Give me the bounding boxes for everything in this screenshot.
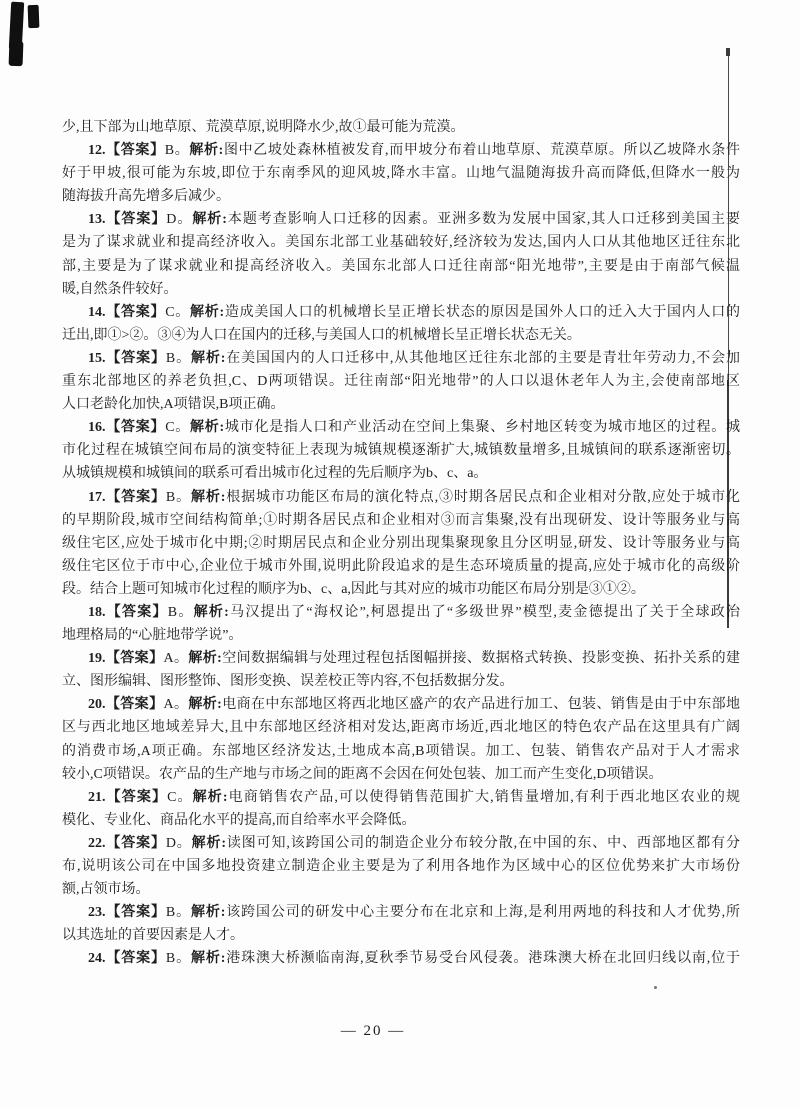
- jiexi-label: 解析:: [189, 143, 223, 158]
- answer-line: 以其选址的首要因素是人才。: [62, 924, 740, 947]
- answer-line: 12.【答案】B。解析:图中乙坡处森林植被发育,而甲坡分布着山地草原、荒漠草原。…: [62, 139, 740, 162]
- answer-letter: A。: [163, 697, 188, 712]
- ink-mark-3: [9, 41, 24, 66]
- answer-item-20: 20.【答案】A。解析:电商在中东部地区将西北地区盛产的农产品进行加工、包装、销…: [62, 693, 740, 785]
- answer-label: 19.【答案】: [88, 651, 163, 666]
- answer-label: 24.【答案】: [88, 951, 166, 966]
- jiexi-label: 解析:: [192, 212, 227, 227]
- answer-key-body: 少,且下部为山地草原、荒漠草原,说明降水少,故①最可能为荒漠。12.【答案】B。…: [62, 116, 740, 970]
- explanation-text: 城市化是指人口和产业活动在空间上集聚、乡村地区转变为城市地区的过程。城: [224, 420, 740, 435]
- answer-line: 区与西北地区地域差异大,且中东部地区经济相对发达,距离市场近,西北地区的特色农产…: [62, 716, 740, 739]
- answer-line: 段。结合上题可知城市化过程的顺序为b、c、a,因此与其对应的城市功能区布局分别是…: [62, 578, 740, 601]
- explanation-text: 港珠澳大桥濒临南海,夏秋季节易受台风侵袭。港珠澳大桥在北回归线以南,位于: [225, 951, 740, 966]
- answer-item-12: 12.【答案】B。解析:图中乙坡处森林植被发育,而甲坡分布着山地草原、荒漠草原。…: [62, 139, 740, 208]
- answer-label: 18.【答案】: [88, 605, 168, 620]
- answer-letter: B。: [166, 351, 191, 366]
- answer-line: 人口老龄化加快,A项错误,B项正确。: [62, 393, 740, 416]
- explanation-text: 在美国国内的人口迁移中,从其他地区迁往东北部的主要是青壮年劳动力,不会加: [225, 351, 740, 366]
- answer-line: 地理格局的“心脏地带学说”。: [62, 624, 740, 647]
- answer-item-17: 17.【答案】B。解析:根据城市功能区布局的演化特点,③时期各居民点和企业相对分…: [62, 486, 740, 601]
- answer-line: 20.【答案】A。解析:电商在中东部地区将西北地区盛产的农产品进行加工、包装、销…: [62, 693, 740, 716]
- jiexi-label: 解析:: [190, 305, 224, 320]
- answer-line: 布,说明该公司在中国多地投资建立制造企业主要是为了利用各地作为区域中心的区位优势…: [62, 855, 740, 878]
- explanation-text: 造成美国人口的机械增长呈正增长状态的原因是国外人口的迁入大于国内人口的: [224, 305, 740, 320]
- answer-label: 14.【答案】: [88, 305, 165, 320]
- explanation-text: 马汉提出了“海权论”,柯恩提出了“多级世界”模型,麦金德提出了关于全球政治: [229, 605, 740, 620]
- answer-line: 从城镇规模和城镇间的联系可看出城市化过程的先后顺序为b、c、a。: [62, 462, 740, 485]
- explanation-text: 电商销售农产品,可以使得销售范围扩大,销售量增加,有利于西北地区农业的规: [228, 790, 740, 805]
- answer-line: 的早期阶段,城市空间结构简单;①时期各居民点和企业相对③而言集聚,没有出现研发、…: [62, 509, 740, 532]
- jiexi-label: 解析:: [193, 790, 228, 805]
- answer-line: 级住宅区,应处于城市化中期;②时期居民点和企业分别出现集聚现象且分区明显,研发、…: [62, 532, 740, 555]
- answer-label: 20.【答案】: [88, 697, 163, 712]
- answer-letter: B。: [166, 905, 191, 920]
- jiexi-label: 解析:: [188, 697, 221, 712]
- jiexi-label: 解析:: [192, 836, 226, 851]
- answer-letter: B。: [165, 143, 190, 158]
- answer-line: 部,主要是为了谋求就业和提高经济收入。美国东北部人口迁往南部“阳光地带”,主要是…: [62, 255, 740, 278]
- explanation-text: 根据城市功能区布局的演化特点,③时期各居民点和企业相对分散,应处于城市化: [225, 490, 740, 505]
- page-edge-tick: [726, 48, 730, 56]
- answer-letter: B。: [166, 490, 191, 505]
- answer-line: 23.【答案】B。解析:该跨国公司的研发中心主要分布在北京和上海,是利用两地的科…: [62, 901, 740, 924]
- answer-letter: C。: [165, 305, 190, 320]
- answer-line: 暖,自然条件较好。: [62, 278, 740, 301]
- answer-label: 23.【答案】: [88, 905, 166, 920]
- explanation-text: 图中乙坡处森林植被发育,而甲坡分布着山地草原、荒漠草原。所以乙坡降水条件: [223, 143, 740, 158]
- answer-line: 是为了谋求就业和提高经济收入。美国东北部工业基础较好,经济较为发达,国内人口从其…: [62, 231, 740, 254]
- answer-line: 19.【答案】A。解析:空间数据编辑与处理过程包括图幅拼接、数据格式转换、投影变…: [62, 647, 740, 670]
- ink-mark-2: [28, 5, 40, 28]
- answer-line: 16.【答案】C。解析:城市化是指人口和产业活动在空间上集聚、乡村地区转变为城市…: [62, 416, 740, 439]
- answer-line: 重东北部地区的养老负担,C、D两项错误。迁往南部“阳光地带”的人口以退休老年人为…: [62, 370, 740, 393]
- scan-speck: [654, 986, 657, 989]
- answer-letter: C。: [167, 790, 193, 805]
- answer-letter: B。: [168, 605, 194, 620]
- answer-label: 17.【答案】: [88, 490, 166, 505]
- answer-item-23: 23.【答案】B。解析:该跨国公司的研发中心主要分布在北京和上海,是利用两地的科…: [62, 901, 740, 947]
- answer-letter: D。: [166, 212, 192, 227]
- page-number: — 20 —: [34, 1023, 712, 1040]
- answer-item-22: 22.【答案】D。解析:读图可知,该跨国公司的制造企业分布较分散,在中国的东、中…: [62, 832, 740, 901]
- jiexi-label: 解析:: [191, 951, 225, 966]
- answer-item-18: 18.【答案】B。解析:马汉提出了“海权论”,柯恩提出了“多级世界”模型,麦金德…: [62, 601, 740, 647]
- answer-line: 级住宅区位于市中心,企业位于城市外围,说明此阶段追求的是生态环境质量的提高,应处…: [62, 555, 740, 578]
- answer-line: 立、图形编辑、图形整饰、图形变换、误差校正等内容,不包括数据分发。: [62, 670, 740, 693]
- answer-item-19: 19.【答案】A。解析:空间数据编辑与处理过程包括图幅拼接、数据格式转换、投影变…: [62, 647, 740, 693]
- jiexi-label: 解析:: [188, 651, 221, 666]
- jiexi-label: 解析:: [191, 490, 225, 505]
- scanned-page: 少,且下部为山地草原、荒漠草原,说明降水少,故①最可能为荒漠。12.【答案】B。…: [0, 0, 800, 1108]
- jiexi-label: 解析:: [190, 420, 224, 435]
- explanation-text: 该跨国公司的研发中心主要分布在北京和上海,是利用两地的科技和人才优势,所: [225, 905, 740, 920]
- answer-line: 模化、专业化、商品化水平的提高,而自给率水平会降低。: [62, 809, 740, 832]
- explanation-text: 空间数据编辑与处理过程包括图幅拼接、数据格式转换、投影变换、拓扑关系的建: [222, 651, 740, 666]
- answer-line: 迁出,即①>②。③④为人口在国内的迁移,与美国人口的机械增长呈正增长状态无关。: [62, 324, 740, 347]
- explanation-text: 电商在中东部地区将西北地区盛产的农产品进行加工、包装、销售是由于中东部地: [222, 697, 740, 712]
- answer-label: 21.【答案】: [88, 790, 167, 805]
- answer-line: 好于甲坡,很可能为东坡,即位于东南季风的迎风坡,降水丰富。山地气温随海拔升高而降…: [62, 162, 740, 185]
- answer-letter: C。: [165, 420, 190, 435]
- answer-label: 15.【答案】: [88, 351, 166, 366]
- answer-line: 随海拔升高先增多后减少。: [62, 185, 740, 208]
- answer-line: 18.【答案】B。解析:马汉提出了“海权论”,柯恩提出了“多级世界”模型,麦金德…: [62, 601, 740, 624]
- answer-line: 22.【答案】D。解析:读图可知,该跨国公司的制造企业分布较分散,在中国的东、中…: [62, 832, 740, 855]
- answer-line: 21.【答案】C。解析:电商销售农产品,可以使得销售范围扩大,销售量增加,有利于…: [62, 786, 740, 809]
- answer-item-13: 13.【答案】D。解析:本题考查影响人口迁移的因素。亚洲多数为发展中国家,其人口…: [62, 208, 740, 300]
- answer-line: 15.【答案】B。解析:在美国国内的人口迁移中,从其他地区迁往东北部的主要是青壮…: [62, 347, 740, 370]
- answer-line: 的消费市场,A项正确。东部地区经济发达,土地成本高,B项错误。加工、包装、销售农…: [62, 740, 740, 763]
- answer-line: 17.【答案】B。解析:根据城市功能区布局的演化特点,③时期各居民点和企业相对分…: [62, 486, 740, 509]
- answer-letter: B。: [166, 951, 191, 966]
- answer-item-16: 16.【答案】C。解析:城市化是指人口和产业活动在空间上集聚、乡村地区转变为城市…: [62, 416, 740, 485]
- answer-item-24: 24.【答案】B。解析:港珠澳大桥濒临南海,夏秋季节易受台风侵袭。港珠澳大桥在北…: [62, 947, 740, 970]
- answer-line: 较小,C项错误。农产品的生产地与市场之间的距离不会因在何处包装、加工而产生变化,…: [62, 763, 740, 786]
- answer-item-14: 14.【答案】C。解析:造成美国人口的机械增长呈正增长状态的原因是国外人口的迁入…: [62, 301, 740, 347]
- answer-letter: D。: [166, 836, 192, 851]
- jiexi-label: 解析:: [191, 351, 225, 366]
- answer-item-15: 15.【答案】B。解析:在美国国内的人口迁移中,从其他地区迁往东北部的主要是青壮…: [62, 347, 740, 416]
- answer-label: 13.【答案】: [88, 212, 166, 227]
- jiexi-label: 解析:: [191, 905, 225, 920]
- answer-line: 24.【答案】B。解析:港珠澳大桥濒临南海,夏秋季节易受台风侵袭。港珠澳大桥在北…: [62, 947, 740, 970]
- jiexi-label: 解析:: [194, 605, 229, 620]
- answer-label: 22.【答案】: [88, 836, 166, 851]
- answer-label: 16.【答案】: [88, 420, 165, 435]
- answer-line: 市化过程在城镇空间布局的演变特征上表现为城镇规模逐渐扩大,城镇数量增多,且城镇间…: [62, 439, 740, 462]
- answer-letter: A。: [163, 651, 188, 666]
- answer-line: 14.【答案】C。解析:造成美国人口的机械增长呈正增长状态的原因是国外人口的迁入…: [62, 301, 740, 324]
- answer-item-21: 21.【答案】C。解析:电商销售农产品,可以使得销售范围扩大,销售量增加,有利于…: [62, 786, 740, 832]
- answer-line: 额,占领市场。: [62, 878, 740, 901]
- intro-line: 少,且下部为山地草原、荒漠草原,说明降水少,故①最可能为荒漠。: [62, 116, 740, 139]
- answer-label: 12.【答案】: [88, 143, 165, 158]
- explanation-text: 读图可知,该跨国公司的制造企业分布较分散,在中国的东、中、西部地区都有分: [226, 836, 740, 851]
- answer-line: 13.【答案】D。解析:本题考查影响人口迁移的因素。亚洲多数为发展中国家,其人口…: [62, 208, 740, 231]
- explanation-text: 本题考查影响人口迁移的因素。亚洲多数为发展中国家,其人口迁移到美国主要: [227, 212, 740, 227]
